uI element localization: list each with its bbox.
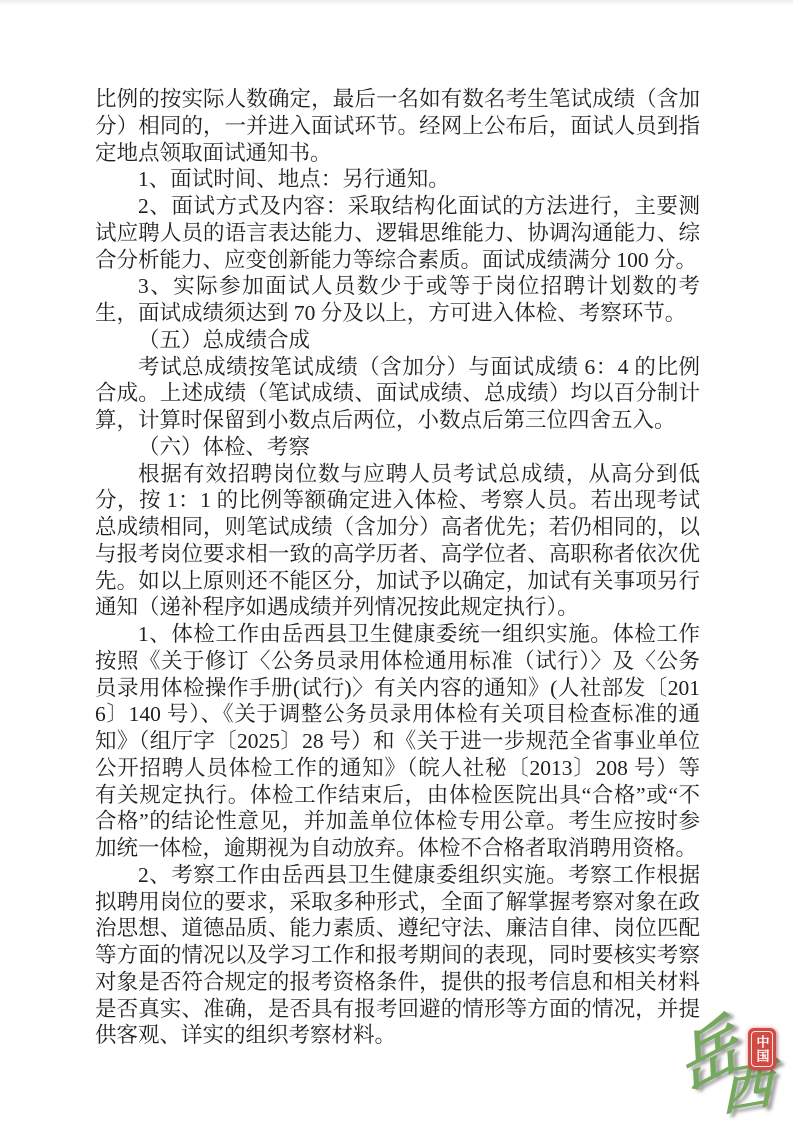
list-item-interview-score-rule: 3、实际参加面试人员数少于或等于岗位招聘计划数的考生，面试成绩须达到 70 分及… xyxy=(95,273,700,327)
paragraph-continuation: 比例的按实际人数确定，最后一名如有数名考生笔试成绩（含加分）相同的，一并进入面试… xyxy=(95,86,700,166)
document-body: 比例的按实际人数确定，最后一名如有数名考生笔试成绩（含加分）相同的，一并进入面试… xyxy=(95,86,700,1049)
section-heading-physical-exam: （六）体检、考察 xyxy=(95,434,700,461)
list-item-physical-exam: 1、体检工作由岳西县卫生健康委统一组织实施。体检工作按照《关于修订〈公务员录用体… xyxy=(95,621,700,862)
list-item-interview-method: 2、面试方式及内容：采取结构化面试的方法进行，主要测试应聘人员的语言表达能力、逻… xyxy=(95,193,700,273)
china-red-seal-border: 中国 xyxy=(751,1031,773,1067)
section-heading-total-score: （五）总成绩合成 xyxy=(95,327,700,354)
paragraph-selection-rule: 根据有效招聘岗位数与应聘人员考试总成绩，从高分到低分，按 1：1 的比例等额确定… xyxy=(95,461,700,622)
list-item-interview-time: 1、面试时间、地点：另行通知。 xyxy=(95,166,700,193)
scan-top-edge xyxy=(0,0,793,5)
list-item-inspection: 2、考察工作由岳西县卫生健康委组织实施。考察工作根据拟聘用岗位的要求，采取多种形… xyxy=(95,862,700,1049)
china-seal-text: 中国 xyxy=(756,1035,769,1063)
china-red-seal: 中国 xyxy=(748,1028,776,1070)
xi-calligraphy-glyph: 西 xyxy=(720,1059,773,1121)
paragraph-total-score-rule: 考试总成绩按笔试成绩（含加分）与面试成绩 6：4 的比例合成。上述成绩（笔试成绩… xyxy=(95,354,700,434)
